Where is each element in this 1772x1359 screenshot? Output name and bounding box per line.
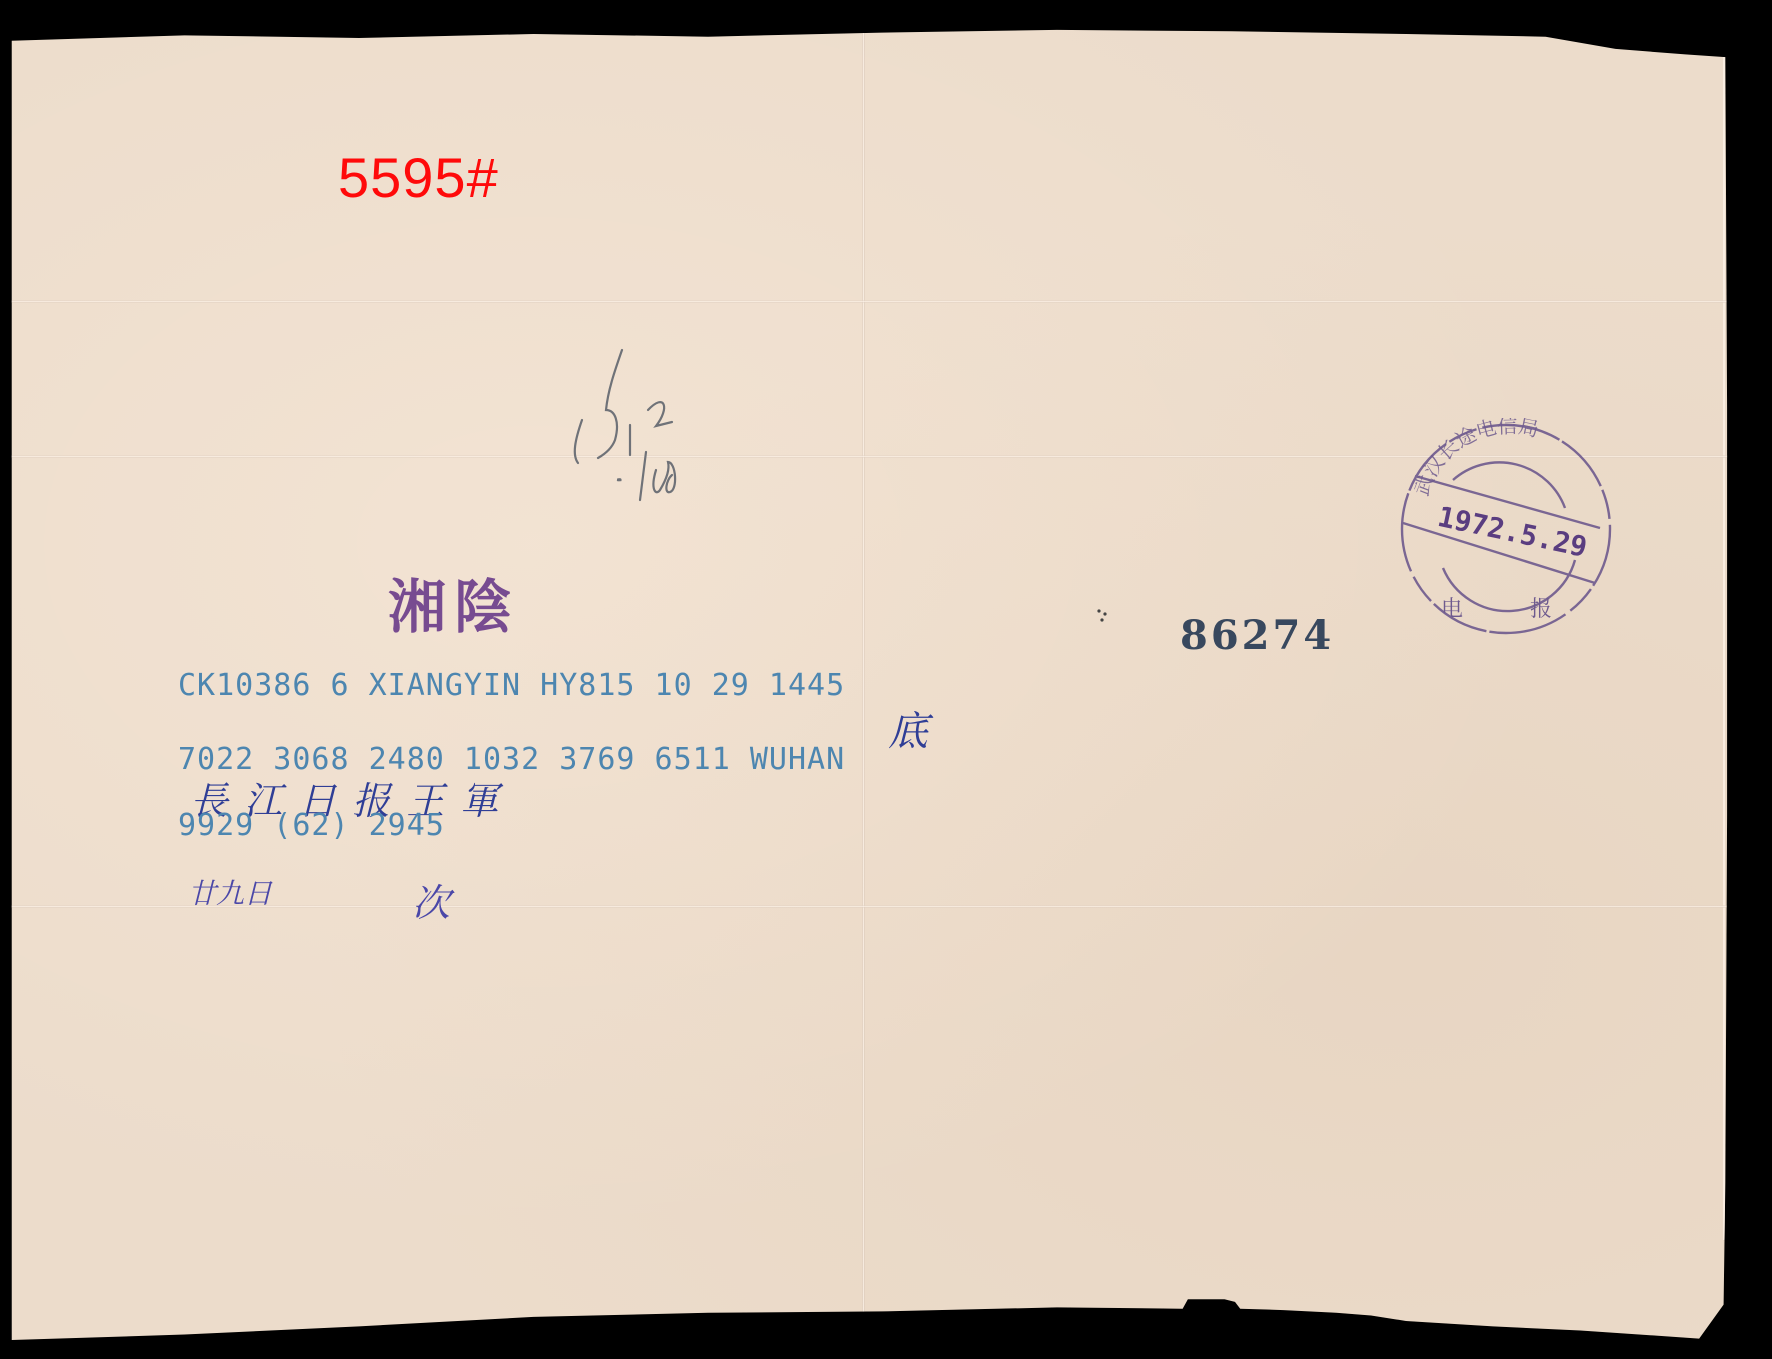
- vertical-fold-line: [862, 0, 865, 1359]
- edge-fold-line: [1723, 40, 1725, 1240]
- postmark-service: 电 报: [1441, 597, 1582, 622]
- pencil-annotation: 1512: [560, 330, 720, 510]
- ink-specks: [1096, 606, 1110, 624]
- serial-number: 86274: [1180, 612, 1334, 659]
- horizontal-fold-line: [10, 300, 1755, 303]
- svg-text:1512: 1512: [618, 479, 621, 481]
- telegram-header-line: CK10386 6 XIANGYIN HY815 10 29 1445: [178, 668, 845, 703]
- handwritten-header-mark: 底: [888, 700, 928, 757]
- handwritten-day: 廿九日: [188, 872, 272, 912]
- handwritten-times: 次: [412, 872, 450, 927]
- postmark-stamp: 武汉长途电信局 1972.5.29 电 报: [1395, 418, 1617, 640]
- reference-number: 5595#: [338, 150, 499, 206]
- postmark-date: 1972.5.29: [1435, 500, 1590, 564]
- telegram-code-line-2: 9929 (62) 2945: [178, 808, 445, 843]
- origin-place-stamp: 湘陰: [388, 560, 520, 644]
